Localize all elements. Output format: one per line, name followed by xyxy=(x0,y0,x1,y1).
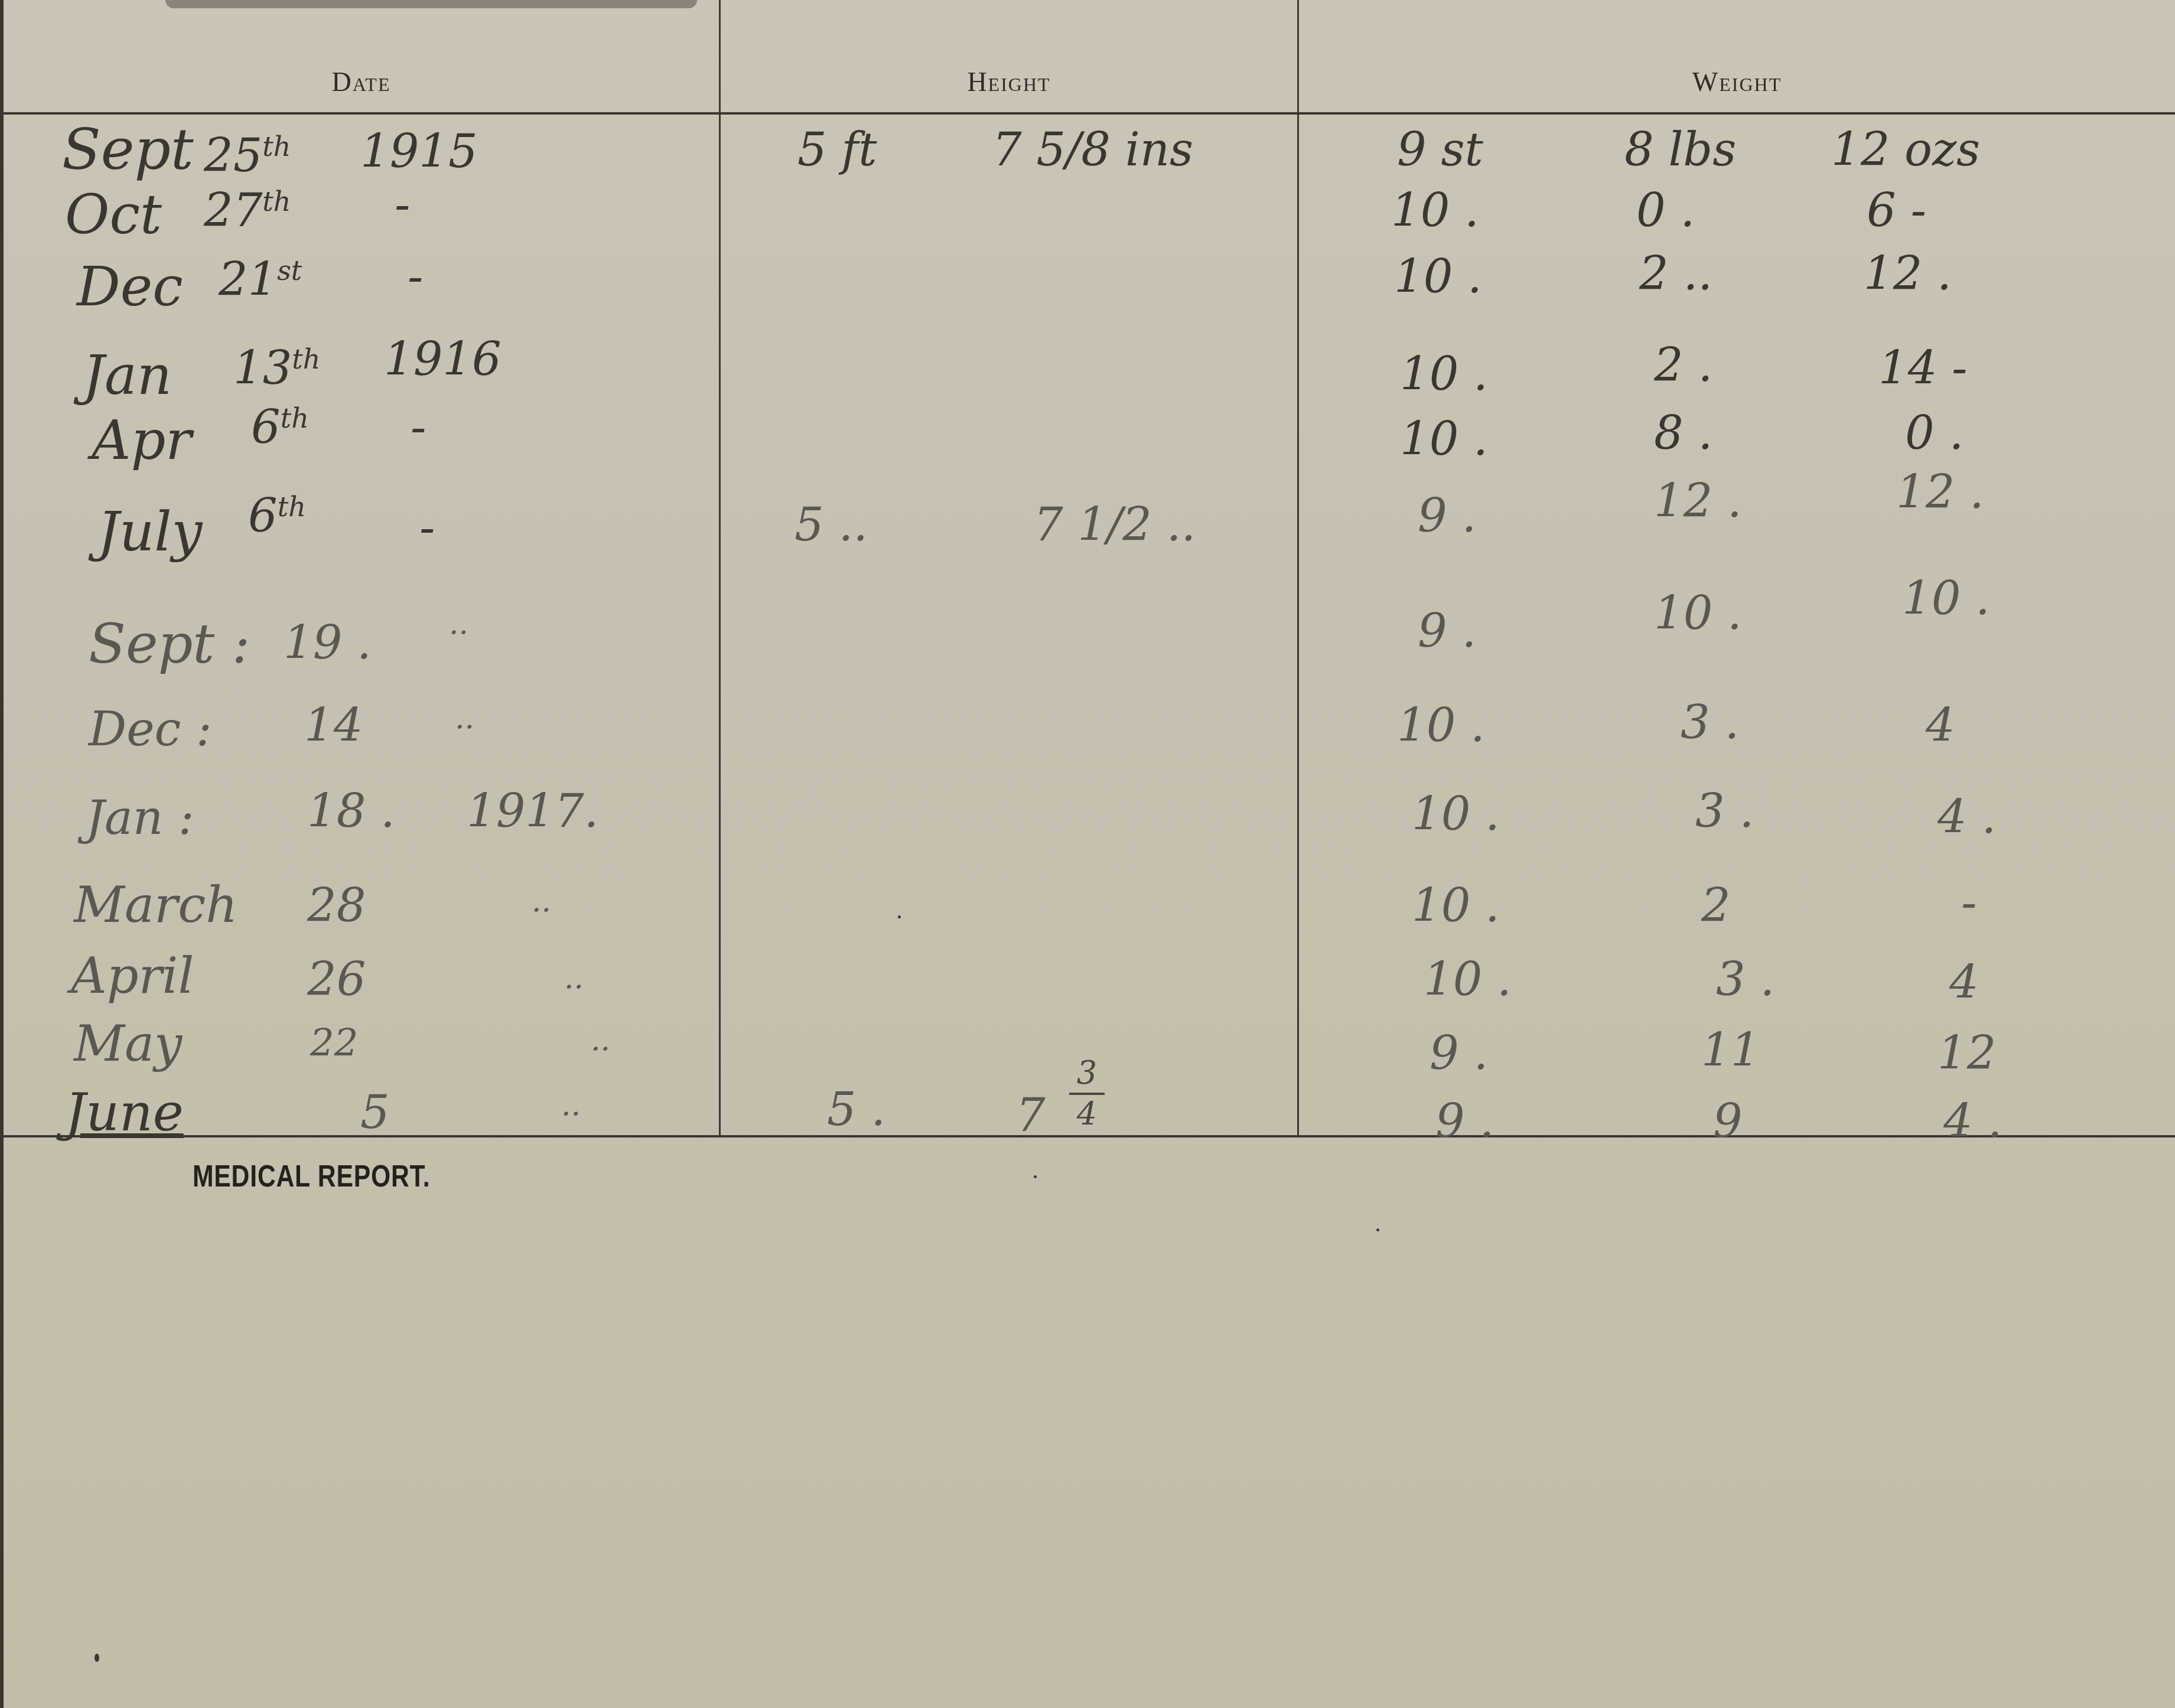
date-year: .. xyxy=(591,1025,610,1055)
weight-ounces: - xyxy=(1961,880,1977,926)
weight-pounds: 3 . xyxy=(1695,788,1754,835)
date-month: Sept xyxy=(62,121,194,178)
date-day: 6th xyxy=(251,405,309,451)
paper-speck xyxy=(898,915,901,918)
card-edge xyxy=(0,0,4,1708)
weight-ounces: 12 xyxy=(1938,1031,1996,1077)
column-divider-height-weight xyxy=(1297,0,1299,1137)
weight-pounds: 8 lbs xyxy=(1624,127,1736,173)
date-year: - xyxy=(411,405,426,451)
weight-stone: 9 . xyxy=(1435,1099,1494,1145)
date-month: July xyxy=(97,505,203,559)
section-title-medical-report: MEDICAL REPORT. xyxy=(193,1159,430,1194)
table-bottom-rule xyxy=(0,1135,2175,1137)
weight-ounces: 6 - xyxy=(1867,188,1926,234)
weight-pounds: 3 . xyxy=(1716,957,1774,1003)
date-year: .. xyxy=(449,608,468,639)
paper-speck xyxy=(95,1654,99,1662)
date-month: Apr xyxy=(92,413,191,468)
weight-ounces: 10 . xyxy=(1902,576,1990,622)
weight-pounds: 10 . xyxy=(1654,591,1742,637)
date-month: Sept : xyxy=(89,617,250,672)
height-inches-fraction: 3 4 xyxy=(1069,1057,1105,1130)
date-day: 18 . xyxy=(307,788,395,835)
weight-pounds: 2 .. xyxy=(1639,251,1712,297)
paper-speck xyxy=(1034,1175,1037,1178)
date-day: 13th xyxy=(233,345,320,392)
date-day: 22 xyxy=(310,1025,358,1062)
weight-stone: 10 . xyxy=(1391,188,1479,234)
header-rule xyxy=(4,112,2175,115)
date-month: June xyxy=(65,1087,184,1139)
date-year: - xyxy=(395,182,410,228)
date-month: Jan : xyxy=(86,794,194,842)
weight-ounces: 4 xyxy=(1926,703,1955,749)
weight-ounces: 4 . xyxy=(1943,1099,2002,1145)
date-year: .. xyxy=(561,1090,581,1120)
weight-pounds: 11 xyxy=(1701,1028,1760,1074)
weight-stone: 9 . xyxy=(1418,608,1476,654)
date-day: 27th xyxy=(204,188,291,234)
record-card: Date Height Weight Sept 25th 1915 5 ft 7… xyxy=(0,0,2175,1708)
weight-stone: 10 . xyxy=(1394,254,1482,300)
date-year: - xyxy=(408,254,423,300)
date-month: Dec : xyxy=(89,706,212,753)
date-month: Jan xyxy=(83,348,172,403)
weight-stone: 10 . xyxy=(1397,703,1485,749)
date-year: 1915 xyxy=(360,129,478,175)
date-day: 28 xyxy=(307,883,366,929)
date-year: .. xyxy=(455,703,474,734)
weight-pounds: 3 . xyxy=(1681,700,1739,746)
top-smudge xyxy=(165,0,697,8)
date-day: 21st xyxy=(219,257,302,303)
paper-speck xyxy=(1376,1228,1379,1231)
weight-ounces: 0 . xyxy=(1905,410,1964,457)
weight-pounds: 8 . xyxy=(1654,410,1712,457)
weight-stone: 10 . xyxy=(1412,883,1500,929)
weight-ounces: 4 xyxy=(1949,960,1979,1006)
date-year: - xyxy=(419,505,435,551)
height-feet: 5 . xyxy=(827,1087,885,1133)
date-day: 5 xyxy=(360,1090,390,1136)
weight-stone: 10 . xyxy=(1412,791,1500,837)
date-day: 6th xyxy=(248,493,306,539)
date-year: .. xyxy=(564,963,584,993)
weight-pounds: 12 . xyxy=(1654,478,1742,524)
weight-ounces: 14 - xyxy=(1878,345,1967,392)
weight-pounds: 2 xyxy=(1701,883,1731,929)
date-year: 1916 xyxy=(384,337,502,383)
height-inches: 7 5/8 ins xyxy=(992,127,1193,173)
date-day: 26 xyxy=(307,957,366,1003)
date-month: March xyxy=(74,880,237,930)
height-feet: 5 ft xyxy=(797,127,877,173)
weight-stone: 10 . xyxy=(1424,957,1512,1003)
column-header-date: Date xyxy=(4,66,719,97)
height-feet: 5 .. xyxy=(795,502,868,548)
height-inches-whole: 7 xyxy=(1016,1093,1046,1139)
weight-pounds: 0 . xyxy=(1636,188,1695,234)
column-divider-date-height xyxy=(719,0,721,1137)
weight-pounds: 2 . xyxy=(1654,343,1712,389)
height-inches: 7 1/2 .. xyxy=(1034,502,1196,548)
date-month: Dec xyxy=(77,260,183,314)
date-month: Oct xyxy=(65,188,162,242)
weight-stone: 10 . xyxy=(1400,416,1488,462)
weight-ounces: 12 . xyxy=(1864,251,1952,297)
weight-ounces: 4 . xyxy=(1938,794,1996,840)
weight-ounces: 12 ozs xyxy=(1831,127,1980,173)
weight-pounds: 9 xyxy=(1713,1099,1743,1145)
date-year: .. xyxy=(532,886,551,917)
date-month: May xyxy=(74,1019,183,1068)
date-day: 25th xyxy=(204,133,291,179)
date-year: 1917. xyxy=(467,788,598,835)
weight-stone: 9 st xyxy=(1397,127,1483,173)
date-day: 14 xyxy=(304,703,363,749)
date-month: April xyxy=(71,951,194,1000)
weight-stone: 9 . xyxy=(1418,493,1476,539)
column-header-height: Height xyxy=(721,66,1297,97)
weight-stone: 9 . xyxy=(1430,1031,1488,1077)
column-header-weight: Weight xyxy=(1299,66,2175,97)
date-day: 19 . xyxy=(284,620,372,666)
weight-ounces: 12 . xyxy=(1896,470,1984,516)
weight-stone: 10 . xyxy=(1400,351,1488,397)
